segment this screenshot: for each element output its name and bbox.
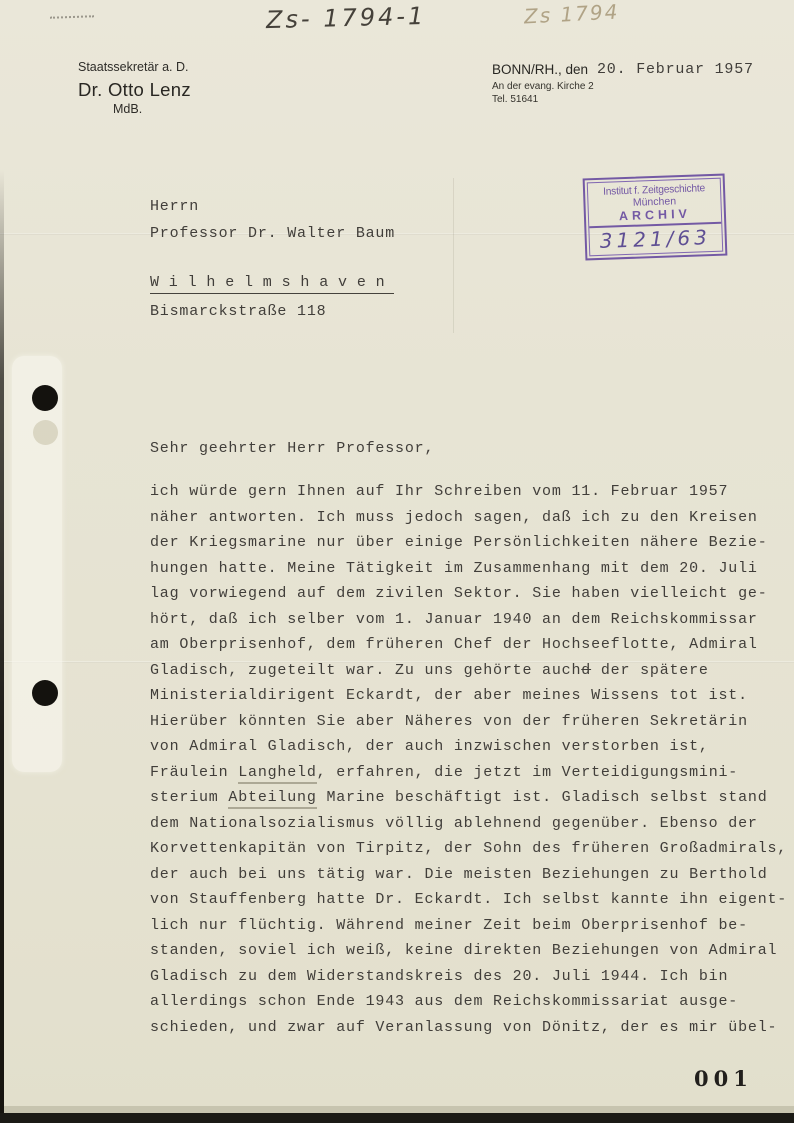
letter-body: ich würde gern Ihnen auf Ihr Schreiben v… xyxy=(150,479,787,1040)
handwritten-file-ref: Zs- 1794-1 xyxy=(266,2,427,34)
body-line: der auch bei uns tätig war. Die meisten … xyxy=(150,862,787,888)
punch-hole xyxy=(32,385,58,411)
scan-edge-bottom xyxy=(0,1113,794,1123)
letterhead-suffix: MdB. xyxy=(113,102,142,116)
handwritten-file-ref-faded: Zs 1794 xyxy=(523,0,620,28)
body-line: allerdings schon Ende 1943 aus dem Reich… xyxy=(150,989,787,1015)
punch-hole-ghost xyxy=(33,420,58,445)
body-line: ich würde gern Ihnen auf Ihr Schreiben v… xyxy=(150,479,787,505)
recipient-street: Bismarckstraße 118 xyxy=(150,303,326,320)
body-line: von Admiral Gladisch, der auch inzwische… xyxy=(150,734,787,760)
body-line: von Stauffenberg hatte Dr. Eckardt. Ich … xyxy=(150,887,787,913)
body-line: Gladisch, zugeteilt war. Zu uns gehörte … xyxy=(150,658,787,684)
body-line: Fräulein Langheld, erfahren, die jetzt i… xyxy=(150,760,787,786)
typed-date: 20. Februar 1957 xyxy=(597,61,754,78)
pencil-scribble xyxy=(50,15,94,19)
body-line: standen, soviel ich weiß, keine direkten… xyxy=(150,938,787,964)
letterhead-title: Staatssekretär a. D. xyxy=(78,60,188,74)
recipient-city: Wilhelmshaven xyxy=(150,274,394,291)
body-line: näher antworten. Ich muss jedoch sagen, … xyxy=(150,505,787,531)
body-line: lag vorwiegend auf dem zivilen Sektor. S… xyxy=(150,581,787,607)
body-line: am Oberprisenhof, dem früheren Chef der … xyxy=(150,632,787,658)
body-line: Ministerialdirigent Eckardt, der aber me… xyxy=(150,683,787,709)
body-line: Hierüber könnten Sie aber Näheres von de… xyxy=(150,709,787,735)
recipient-salutation-line: Herrn xyxy=(150,198,199,215)
body-line: hungen hatte. Meine Tätigkeit im Zusamme… xyxy=(150,556,787,582)
body-line: dem Nationalsozialismus völlig ablehnend… xyxy=(150,811,787,837)
letterhead-name: Dr. Otto Lenz xyxy=(78,79,191,101)
letter-salutation: Sehr geehrter Herr Professor, xyxy=(150,440,434,457)
body-line: hört, daß ich selber vom 1. Januar 1940 … xyxy=(150,607,787,633)
body-line: schieden, und zwar auf Veranlassung von … xyxy=(150,1015,787,1041)
body-line: der Kriegsmarine nur über einige Persönl… xyxy=(150,530,787,556)
binding-strip xyxy=(12,356,62,772)
scan-edge-shade xyxy=(0,1106,794,1113)
page-number-stamp: 001 xyxy=(694,1066,753,1091)
letterhead-street: An der evang. Kirche 2 xyxy=(492,81,594,92)
body-line: sterium Abteilung Marine beschäftigt ist… xyxy=(150,785,787,811)
letterhead-phone: Tel. 51641 xyxy=(492,94,538,105)
scan-edge-left xyxy=(0,170,4,1123)
recipient-name: Professor Dr. Walter Baum xyxy=(150,225,395,242)
punch-hole xyxy=(32,680,58,706)
body-line: Gladisch zu dem Widerstandskreis des 20.… xyxy=(150,964,787,990)
archive-stamp: Institut f. Zeitgeschichte München ARCHI… xyxy=(583,174,728,261)
recipient-city-text: Wilhelmshaven xyxy=(150,274,394,294)
body-line: lich nur flüchtig. Während meiner Zeit b… xyxy=(150,913,787,939)
fold-crease xyxy=(453,178,454,333)
stamp-archive-number: 3121/63 xyxy=(589,222,722,256)
body-line: Korvettenkapitän von Tirpitz, der Sohn d… xyxy=(150,836,787,862)
letterhead-place-line: BONN/RH., den xyxy=(492,62,588,77)
letter-scan-page: Zs- 1794-1 Zs 1794 Staatssekretär a. D. … xyxy=(0,0,794,1123)
